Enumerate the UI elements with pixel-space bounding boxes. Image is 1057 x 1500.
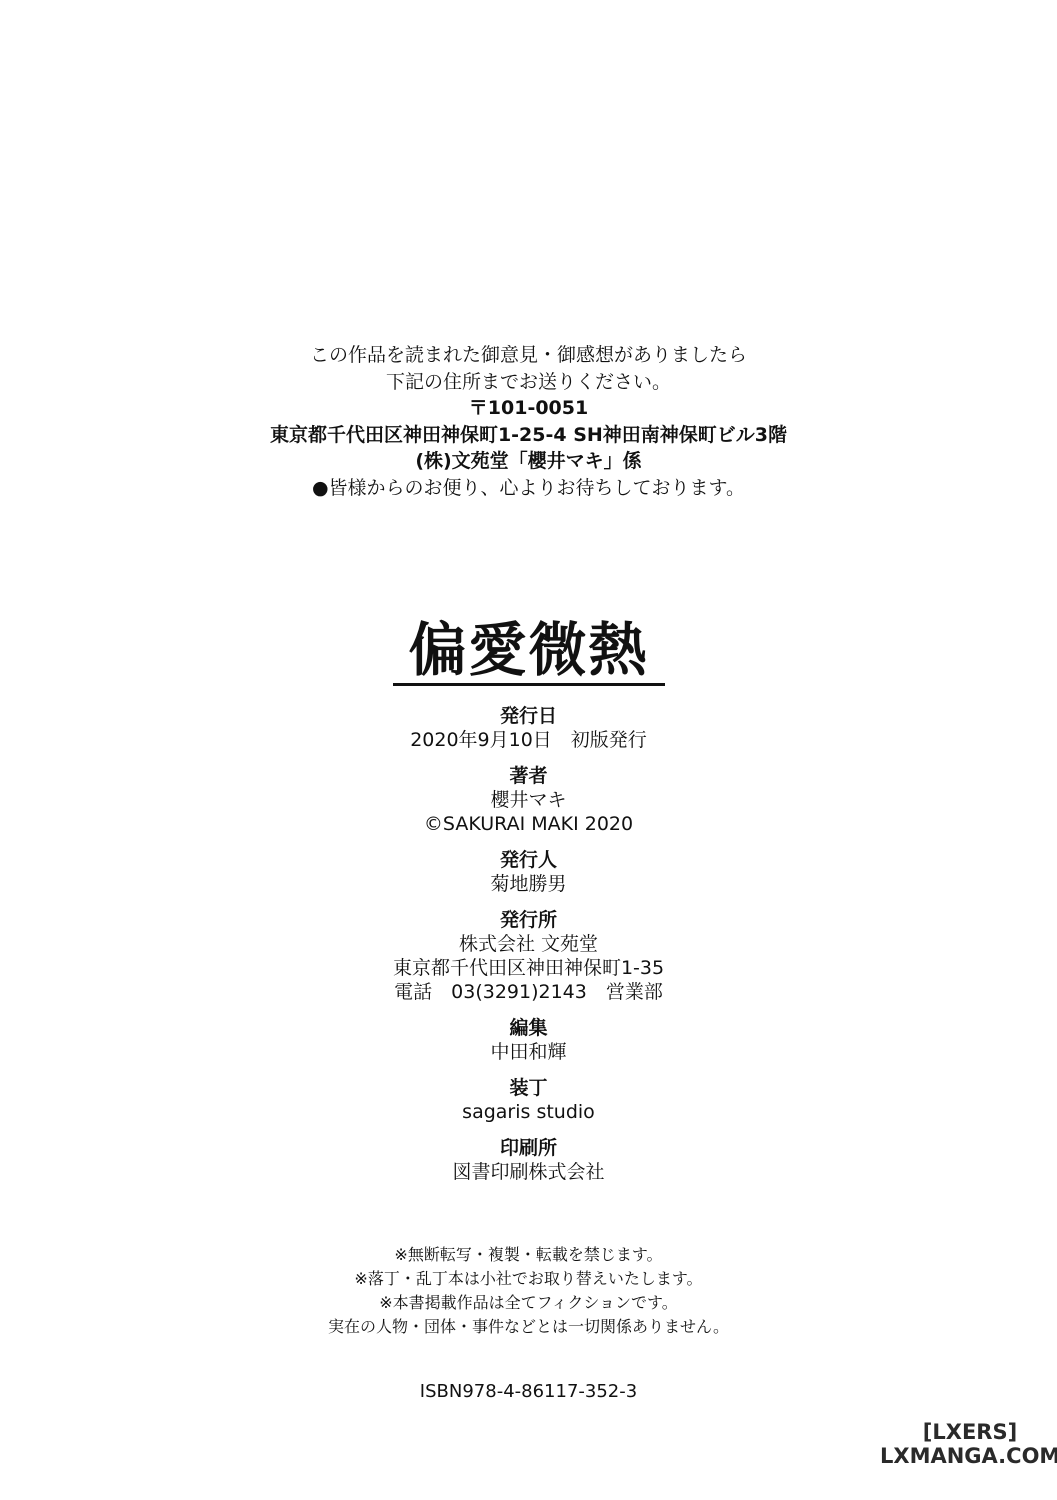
section-heading: 発行人 — [0, 848, 1057, 872]
mail-recipient: (株)文苑堂「櫻井マキ」係 — [0, 448, 1057, 475]
note-line: ※落丁・乱丁本は小社でお取り替えいたします。 — [0, 1267, 1057, 1291]
publisher-address: 東京都千代田区神田神保町1-35 — [0, 956, 1057, 980]
copyright: ©SAKURAI MAKI 2020 — [0, 812, 1057, 836]
publisher-phone: 電話 03(3291)2143 営業部 — [0, 980, 1057, 1004]
section-heading: 編集 — [0, 1016, 1057, 1040]
isbn: ISBN978-4-86117-352-3 — [0, 1381, 1057, 1402]
publisher-section: 発行所 株式会社 文苑堂 東京都千代田区神田神保町1-35 電話 03(3291… — [0, 908, 1057, 1004]
author-name: 櫻井マキ — [0, 788, 1057, 812]
reader-message: この作品を読まれた御意見・御感想がありましたら 下記の住所までお送りください。 … — [0, 342, 1057, 501]
title-underline — [393, 683, 665, 686]
printer-section: 印刷所 図書印刷株式会社 — [0, 1136, 1057, 1184]
note-line: ※本書掲載作品は全てフィクションです。 — [0, 1291, 1057, 1315]
editor-section: 編集 中田和輝 — [0, 1016, 1057, 1064]
issue-date: 2020年9月10日 初版発行 — [0, 728, 1057, 752]
mail-address: 東京都千代田区神田神保町1-25-4 SH神田南神保町ビル3階 — [0, 422, 1057, 449]
legal-notes: ※無断転写・複製・転載を禁じます。 ※落丁・乱丁本は小社でお取り替えいたします。… — [0, 1243, 1057, 1339]
author-section: 著者 櫻井マキ ©SAKURAI MAKI 2020 — [0, 764, 1057, 836]
message-line: 下記の住所までお送りください。 — [0, 369, 1057, 396]
section-heading: 印刷所 — [0, 1136, 1057, 1160]
printer-name: 図書印刷株式会社 — [0, 1160, 1057, 1184]
publisher-company: 株式会社 文苑堂 — [0, 932, 1057, 956]
note-line: 実在の人物・団体・事件などとは一切関係ありません。 — [0, 1315, 1057, 1339]
colophon: 発行日 2020年9月10日 初版発行 著者 櫻井マキ ©SAKURAI MAK… — [0, 704, 1057, 1196]
design-section: 装丁 sagaris studio — [0, 1076, 1057, 1124]
designer-name: sagaris studio — [0, 1100, 1057, 1124]
publisher-person-section: 発行人 菊地勝男 — [0, 848, 1057, 896]
postal-code: 〒101-0051 — [0, 395, 1057, 422]
book-title: 偏愛微熱 — [0, 618, 1057, 682]
section-heading: 装丁 — [0, 1076, 1057, 1100]
section-heading: 発行日 — [0, 704, 1057, 728]
message-line: この作品を読まれた御意見・御感想がありましたら — [0, 342, 1057, 369]
watermark-line: [LXERS] — [880, 1420, 1057, 1444]
watermark-line: LXMANGA.COM — [880, 1444, 1057, 1468]
watermark: [LXERS] LXMANGA.COM — [880, 1420, 1057, 1468]
editor-name: 中田和輝 — [0, 1040, 1057, 1064]
message-line: ●皆様からのお便り、心よりお待ちしております。 — [0, 475, 1057, 502]
note-line: ※無断転写・複製・転載を禁じます。 — [0, 1243, 1057, 1267]
issue-date-section: 発行日 2020年9月10日 初版発行 — [0, 704, 1057, 752]
publisher-person: 菊地勝男 — [0, 872, 1057, 896]
section-heading: 著者 — [0, 764, 1057, 788]
section-heading: 発行所 — [0, 908, 1057, 932]
